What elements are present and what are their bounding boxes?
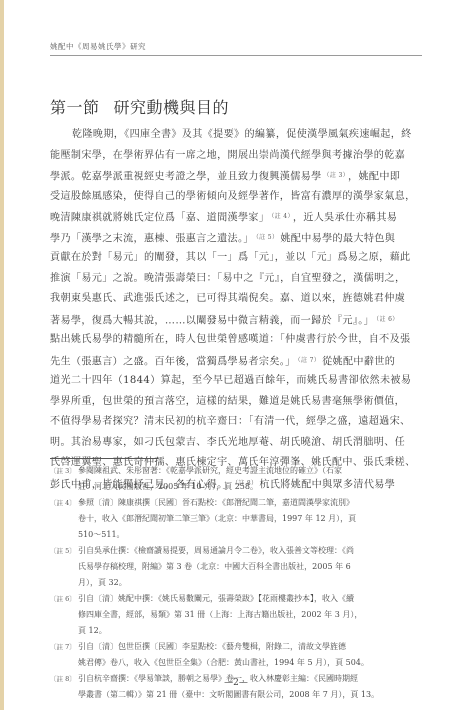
note-ref-3[interactable]: （註 3） <box>324 172 346 179</box>
section-number: 第一節 <box>50 98 100 117</box>
page-number: —2— <box>0 678 472 688</box>
running-head: 姚配中《周易姚氏學》研究 <box>50 41 146 52</box>
note-ref-6[interactable]: （註 6） <box>376 316 398 323</box>
body-line: 我朝東吳惠氏、武進張氏述之，已可得其端倪矣。嘉、道以來，旌德姚君仲虞 <box>50 289 426 310</box>
footnote-line: 氏易學存稿校理，附編》第 3 卷（北京：中國大百科全書出版社，2005 年 6 <box>78 559 354 575</box>
section-heading: 研究動機與目的 <box>114 98 230 117</box>
footnote-rule <box>50 458 158 459</box>
footnote-line: 卷十，收入《郎潛紀聞初筆二筆三筆》（北京：中華書局，1997 年 12 月），頁 <box>78 511 356 527</box>
footnote-label: 〔註 7〕 <box>50 639 78 671</box>
footnote-label: 〔註 6〕 <box>50 591 78 639</box>
footnote-line: 引自〔清〕包世臣撰〔民國〕李星點校：《藝舟雙楫，附錄二，清故文學旌德 <box>78 639 369 655</box>
body-line: 推演「易元」之說。晚清張壽榮曰：「易中之『元』，自宜聖發之，漢儒明之， <box>50 269 426 290</box>
footnote-7: 〔註 7〕 引自〔清〕包世臣撰〔民國〕李星點校：《藝舟雙楫，附錄二，清故文學旌德… <box>50 639 430 671</box>
body-line: 點出姚氏易學的精髓所在，時人包世榮曾感嘆道：「仲虞書行於今世，自不及張 <box>50 330 426 351</box>
footnote-6: 〔註 6〕 引自〔清〕姚配中撰：《姚氏易數闡元，張壽榮跋》【花雨樓叢抄本】，收入… <box>50 591 430 639</box>
body-line: 乾隆晚期，《四庫全書》及其《提要》的編纂，促使漢學風氣疾速崛起，終 <box>50 125 426 146</box>
footnote-line: 修四庫全書，經部，易類》第 31 冊（上海：上海古籍出版社，2002 年 3 月… <box>78 607 362 623</box>
body-line: 能壓制宋學，在學術界佔有一席之地，開展出崇尚漢代經學與考據治學的乾嘉 <box>50 146 426 167</box>
note-ref-5[interactable]: （註 5） <box>256 234 278 241</box>
footnote-line: 學叢書（第二輯）》第 21 冊（臺中：文听閣圖書有限公司，2008 年 7 月）… <box>78 687 379 703</box>
footnote-line: 姚君傳》卷八，收入《包世臣全集》（合肥：黃山書社，1994 年 5 月），頁 5… <box>78 655 369 671</box>
note-ref-4[interactable]: （註 4） <box>271 213 290 220</box>
footnote-line: 參閱陳祖武、朱彤窗著：《乾嘉學派研究，經史考證主流地位的確立》（石家 <box>78 463 342 479</box>
footnotes: 〔註 3〕 參閱陳祖武、朱彤窗著：《乾嘉學派研究，經史考證主流地位的確立》（石家… <box>50 463 430 703</box>
footnote-5: 〔註 5〕 引自吳承仕撰：《檢齋讀易提要，周易通論月令二卷》，收入張善文等校理：… <box>50 543 430 591</box>
footnote-line: 引自吳承仕撰：《檢齋讀易提要，周易通論月令二卷》，收入張善文等校理：《尚 <box>78 543 354 559</box>
body-line: 受這股餘風感染，使得自己的學術傾向及經學著作，皆富有濃厚的漢學家氣息， <box>50 187 426 208</box>
header-rule <box>50 55 422 56</box>
footnote-line: 月），頁 32。 <box>78 575 354 591</box>
body-line: 明。其治易專家，如刁氏包蒙吉、李氏光地厚菴、胡氏曉滄、胡氏渭朏明、任 <box>50 433 426 454</box>
footnote-line: 510～511。 <box>78 527 356 543</box>
footnote-line: 莊：河北人民出版社，2005 年 10 月），頁 258。 <box>78 479 342 495</box>
body-line: 先生（張惠言）之盛。百年後，當獨爲學易者宗矣。」（註 7）從姚配中辭世的 <box>50 351 426 372</box>
footnote-label: 〔註 4〕 <box>50 495 78 543</box>
body-line: 學派。乾嘉學派重視經史考證之學，並且致力復興漢儒易學（註 3），姚配中即 <box>50 166 426 187</box>
footnote-label: 〔註 3〕 <box>50 463 78 495</box>
body-line: 貢獻在於對「易元」的闡發，其以「一」爲「元」，並以「元」爲易之原，藉此 <box>50 248 426 269</box>
body-line: 著易學，復爲大暢其說，……以闡發易中微言精義，而一歸於『元』。」（註 6） <box>50 310 426 331</box>
footnote-label: 〔註 5〕 <box>50 543 78 591</box>
body-text: 乾隆晚期，《四庫全書》及其《提要》的編纂，促使漢學風氣疾速崛起，終 能壓制宋學，… <box>50 125 426 494</box>
footnote-4: 〔註 4〕 參照〔清〕陳康祺撰〔民國〕晉石點校：《郎潛紀聞二筆，嘉道間漢學家流別… <box>50 495 430 543</box>
footnote-line: 頁 12。 <box>78 623 362 639</box>
body-line: 道光二十四年（1844）算起，至今早已超過百餘年，而姚氏易書卻依然未被易 <box>50 371 426 392</box>
footnote-3: 〔註 3〕 參閱陳祖武、朱彤窗著：《乾嘉學派研究，經史考證主流地位的確立》（石家… <box>50 463 430 495</box>
body-line: 學界所重，包世榮的預言落空，這樣的結果，難道是姚氏易書毫無學術價值， <box>50 392 426 413</box>
body-line: 晚清陳康祺就將姚氏定位爲「嘉、道間漢學家」（註 4），近人吳承仕亦稱其易 <box>50 207 426 228</box>
page-edge <box>0 0 4 710</box>
section-title: 第一節研究動機與目的 <box>50 95 229 118</box>
note-ref-7[interactable]: （註 7） <box>298 357 320 364</box>
footnote-line: 引自〔清〕姚配中撰：《姚氏易數闡元，張壽榮跋》【花雨樓叢抄本】，收入《續 <box>78 591 362 607</box>
footnote-line: 參照〔清〕陳康祺撰〔民國〕晉石點校：《郎潛紀聞二筆，嘉道間漢學家流別》 <box>78 495 356 511</box>
body-line: 學乃「漢學之末流，惠棟、張惠言之遺法。」（註 5）姚配中易學的最大特色與 <box>50 228 426 249</box>
body-line: 不值得學易者探究？清末民初的杭辛齋曰：「有清一代，經學之盛，遠超過宋、 <box>50 412 426 433</box>
